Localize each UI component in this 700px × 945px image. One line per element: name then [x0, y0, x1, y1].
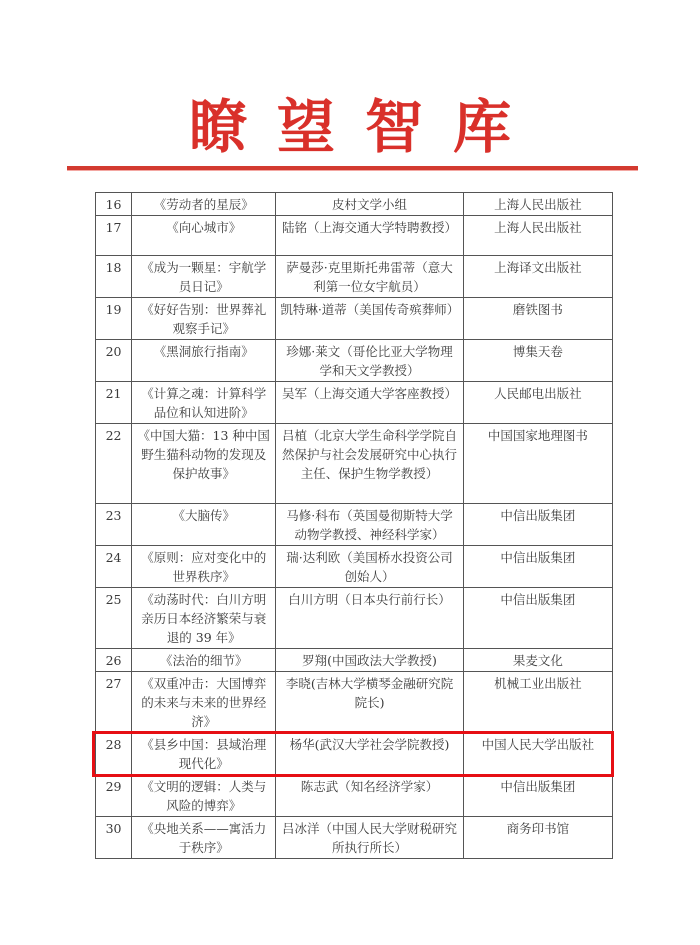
row-number: 30 [96, 817, 132, 859]
book-title: 《黑洞旅行指南》 [132, 340, 276, 382]
row-number: 28 [96, 733, 132, 775]
author: 凯特琳·道蒂（美国传奇殡葬师） [276, 298, 463, 340]
row-number: 22 [96, 424, 132, 504]
page-title: 瞭望智库 [0, 92, 700, 162]
table-row: 26 《法治的细节》 罗翔(中国政法大学教授) 果麦文化 [96, 649, 613, 672]
row-number: 25 [96, 588, 132, 649]
book-title: 《向心城市》 [132, 216, 276, 256]
row-number: 20 [96, 340, 132, 382]
book-list-table: 16 《劳动者的星辰》 皮村文学小组 上海人民出版社 17 《向心城市》 陆铭（… [95, 192, 613, 859]
table-row: 21 《计算之魂：计算科学品位和认知进阶》 吴军（上海交通大学客座教授） 人民邮… [96, 382, 613, 424]
table-row: 29 《文明的逻辑：人类与风险的博弈》 陈志武（知名经济学家） 中信出版集团 [96, 775, 613, 817]
book-title: 《动荡时代：白川方明亲历日本经济繁荣与衰退的 39 年》 [132, 588, 276, 649]
publisher: 中信出版集团 [463, 504, 612, 546]
author: 吕植（北京大学生命科学学院自然保护与社会发展研究中心执行主任、保护生物学教授） [276, 424, 463, 504]
author: 白川方明（日本央行前行长） [276, 588, 463, 649]
row-number: 19 [96, 298, 132, 340]
row-number: 16 [96, 193, 132, 216]
publisher: 博集天卷 [463, 340, 612, 382]
table-row: 25 《动荡时代：白川方明亲历日本经济繁荣与衰退的 39 年》 白川方明（日本央… [96, 588, 613, 649]
book-title: 《双重冲击：大国博弈的未来与未来的世界经济》 [132, 672, 276, 733]
book-title: 《法治的细节》 [132, 649, 276, 672]
publisher: 人民邮电出版社 [463, 382, 612, 424]
book-title: 《大脑传》 [132, 504, 276, 546]
publisher: 果麦文化 [463, 649, 612, 672]
row-number: 18 [96, 256, 132, 298]
table-row-highlighted: 28 《县乡中国：县域治理现代化》 杨华(武汉大学社会学院教授) 中国人民大学出… [96, 733, 613, 775]
row-number: 23 [96, 504, 132, 546]
author: 罗翔(中国政法大学教授) [276, 649, 463, 672]
book-title: 《央地关系——寓活力于秩序》 [132, 817, 276, 859]
row-number: 24 [96, 546, 132, 588]
table-row: 20 《黑洞旅行指南》 珍娜·莱文（哥伦比亚大学物理学和天文学教授） 博集天卷 [96, 340, 613, 382]
author: 萨曼莎·克里斯托弗雷蒂（意大利第一位女宇航员） [276, 256, 463, 298]
publisher: 中信出版集团 [463, 775, 612, 817]
table-row: 27 《双重冲击：大国博弈的未来与未来的世界经济》 李晓(吉林大学横琴金融研究院… [96, 672, 613, 733]
publisher: 中信出版集团 [463, 588, 612, 649]
row-number: 26 [96, 649, 132, 672]
book-title: 《县乡中国：县域治理现代化》 [132, 733, 276, 775]
publisher: 上海人民出版社 [463, 216, 612, 256]
table-row: 16 《劳动者的星辰》 皮村文学小组 上海人民出版社 [96, 193, 613, 216]
table-row: 22 《中国大猫：13 种中国野生猫科动物的发现及保护故事》 吕植（北京大学生命… [96, 424, 613, 504]
author: 珍娜·莱文（哥伦比亚大学物理学和天文学教授） [276, 340, 463, 382]
author: 杨华(武汉大学社会学院教授) [276, 733, 463, 775]
publisher: 中国国家地理图书 [463, 424, 612, 504]
book-title: 《计算之魂：计算科学品位和认知进阶》 [132, 382, 276, 424]
author: 吕冰洋（中国人民大学财税研究所执行所长） [276, 817, 463, 859]
author: 瑞·达利欧（美国桥水投资公司创始人） [276, 546, 463, 588]
publisher: 中国人民大学出版社 [463, 733, 612, 775]
publisher: 上海人民出版社 [463, 193, 612, 216]
publisher: 磨铁图书 [463, 298, 612, 340]
table-row: 23 《大脑传》 马修·科布（英国曼彻斯特大学动物学教授、神经科学家） 中信出版… [96, 504, 613, 546]
book-title: 《劳动者的星辰》 [132, 193, 276, 216]
author: 李晓(吉林大学横琴金融研究院院长) [276, 672, 463, 733]
book-title: 《中国大猫：13 种中国野生猫科动物的发现及保护故事》 [132, 424, 276, 504]
row-number: 21 [96, 382, 132, 424]
row-number: 27 [96, 672, 132, 733]
table-row: 18 《成为一颗星：宇航学员日记》 萨曼莎·克里斯托弗雷蒂（意大利第一位女宇航员… [96, 256, 613, 298]
publisher: 中信出版集团 [463, 546, 612, 588]
book-title: 《好好告别：世界葬礼观察手记》 [132, 298, 276, 340]
author: 陈志武（知名经济学家） [276, 775, 463, 817]
publisher: 商务印书馆 [463, 817, 612, 859]
table-row: 19 《好好告别：世界葬礼观察手记》 凯特琳·道蒂（美国传奇殡葬师） 磨铁图书 [96, 298, 613, 340]
author: 马修·科布（英国曼彻斯特大学动物学教授、神经科学家） [276, 504, 463, 546]
table-row: 17 《向心城市》 陆铭（上海交通大学特聘教授） 上海人民出版社 [96, 216, 613, 256]
table-row: 30 《央地关系——寓活力于秩序》 吕冰洋（中国人民大学财税研究所执行所长） 商… [96, 817, 613, 859]
author: 吴军（上海交通大学客座教授） [276, 382, 463, 424]
row-number: 29 [96, 775, 132, 817]
author: 皮村文学小组 [276, 193, 463, 216]
book-title: 《成为一颗星：宇航学员日记》 [132, 256, 276, 298]
publisher: 机械工业出版社 [463, 672, 612, 733]
row-number: 17 [96, 216, 132, 256]
title-divider [67, 166, 638, 170]
table-row: 24 《原则：应对变化中的世界秩序》 瑞·达利欧（美国桥水投资公司创始人） 中信… [96, 546, 613, 588]
author: 陆铭（上海交通大学特聘教授） [276, 216, 463, 256]
publisher: 上海译文出版社 [463, 256, 612, 298]
book-title: 《原则：应对变化中的世界秩序》 [132, 546, 276, 588]
book-title: 《文明的逻辑：人类与风险的博弈》 [132, 775, 276, 817]
